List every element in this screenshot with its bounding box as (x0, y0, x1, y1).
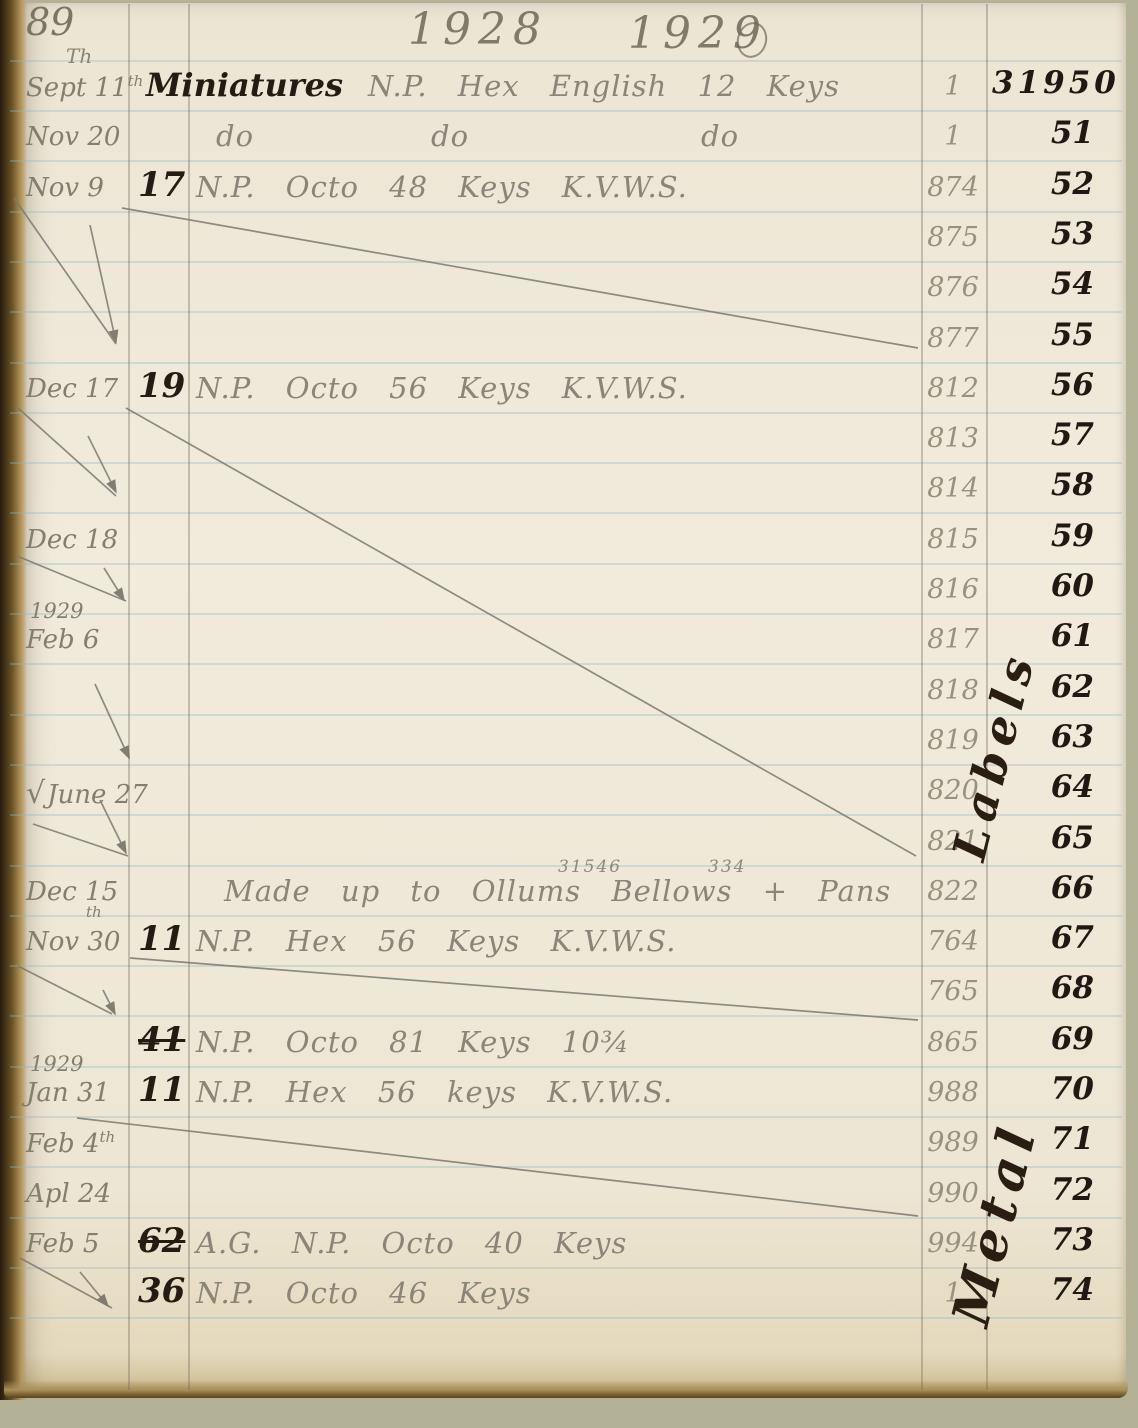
ledger-row: Nov 20dododo151 (0, 114, 1138, 165)
date-text: Jan 31 (26, 1078, 110, 1108)
serial-number-cell: 68 (992, 970, 1118, 1006)
description-text: N.P. Hex 56 Keys K.V.W.S. (196, 924, 676, 958)
date-cell: Dec 15th (26, 877, 136, 907)
ledger-row: 87755 (0, 316, 1138, 367)
batch-number-cell: 817 (924, 624, 982, 655)
batch-number-cell: 874 (924, 172, 982, 203)
serial-number-cell: 31950 (992, 65, 1118, 101)
description-text: N.P. Hex English 12 Keys (368, 69, 840, 103)
serial-number-cell: 55 (992, 317, 1118, 353)
description-word: do (701, 119, 739, 153)
serial-number-cell: 57 (992, 417, 1118, 453)
serial-number-cell: 67 (992, 920, 1118, 956)
ledger-row: Dec 1881559 (0, 517, 1138, 568)
ledger-row: Nov 3011N.P. Hex 56 Keys K.V.W.S.76467 (0, 919, 1138, 970)
date-ordinal: th (99, 1128, 115, 1146)
serial-number-cell: 66 (992, 870, 1118, 906)
serial-number-cell: 52 (992, 166, 1118, 202)
date-ordinal: th (128, 72, 144, 90)
annotation-number: 31546 (558, 857, 622, 877)
batch-number-cell: 988 (924, 1077, 982, 1108)
description-text: A.G. N.P. Octo 40 Keys (196, 1226, 627, 1260)
date-cell: Sept 11th (26, 72, 136, 103)
description-text: N.P. Octo 81 Keys 10¾ (196, 1025, 630, 1059)
date-text: Nov 20 (26, 122, 120, 152)
heading-year-1928: 1928 (408, 4, 548, 55)
batch-number-cell: 812 (924, 373, 982, 404)
quantity-cell: 62 (138, 1221, 194, 1261)
date-cell: Feb 5 (26, 1229, 136, 1259)
description-text: N.P. Hex 56 keys K.V.W.S. (196, 1075, 673, 1109)
ledger-row: Dec 15thMade up to Ollums Bellows + Pans… (0, 869, 1138, 920)
description-text: N.P. Octo 48 Keys K.V.W.S. (196, 170, 688, 204)
date-cell: √June 27 (26, 776, 136, 811)
description-text: N.P. Octo 56 Keys K.V.W.S. (196, 371, 688, 405)
ledger-row: 81458 (0, 466, 1138, 517)
ledger-row: Nov 917N.P. Octo 48 Keys K.V.W.S.87452 (0, 165, 1138, 216)
serial-number-cell: 51 (992, 115, 1118, 151)
date-text: Feb 4 (26, 1129, 99, 1159)
date-text: June 27 (47, 780, 148, 810)
serial-number-cell: 65 (992, 820, 1118, 856)
description-text: N.P. Octo 46 Keys (196, 1276, 532, 1310)
batch-number-cell: 814 (924, 473, 982, 504)
description-text: Made up to Ollums Bellows + Pans (224, 874, 891, 908)
ledger-row: 81660 (0, 567, 1138, 618)
date-cell: Dec 17 (26, 374, 136, 404)
ledger-row: 1929Feb 681761 (0, 617, 1138, 668)
description-cell: N.P. Hex 56 Keys K.V.W.S. (196, 924, 916, 958)
quantity-cell: 11 (138, 1070, 194, 1110)
year-note: 1929 (30, 1052, 83, 1076)
quantity-cell: 41 (138, 1020, 194, 1060)
ledger-row: 87553 (0, 215, 1138, 266)
batch-number-cell: 764 (924, 926, 982, 957)
date-text: Dec 15 (26, 877, 118, 907)
page-number: 89 (26, 0, 74, 44)
quantity-cell: 36 (138, 1271, 194, 1311)
date-cell: Nov 9 (26, 173, 136, 203)
batch-number-cell: 989 (924, 1127, 982, 1158)
batch-number-cell: 876 (924, 272, 982, 303)
date-cell: Feb 4th (26, 1128, 136, 1159)
description-cell: N.P. Octo 81 Keys 10¾ (196, 1025, 916, 1059)
date-cell: Nov 30 (26, 927, 136, 957)
batch-number-cell: 813 (924, 423, 982, 454)
date-text: Nov 9 (26, 173, 104, 203)
ledger-row: 1929Jan 3111N.P. Hex 56 keys K.V.W.S.988… (0, 1070, 1138, 1121)
ledger-row: Feb 4th98971 (0, 1120, 1138, 1171)
quantity-cell: 11 (138, 919, 194, 959)
date-text: Nov 30 (26, 927, 120, 957)
ledger-row: Dec 1719N.P. Octo 56 Keys K.V.W.S.81256 (0, 366, 1138, 417)
year-note: 1929 (30, 599, 83, 623)
ledger-row: 87654 (0, 265, 1138, 316)
batch-number-cell: 1 (924, 121, 982, 152)
batch-number-cell: 815 (924, 524, 982, 555)
date-text: Feb 5 (26, 1229, 99, 1259)
quantity-cell: 17 (138, 165, 194, 205)
check-mark: √ (26, 776, 45, 811)
date-text: Sept 11 (26, 73, 128, 103)
batch-number-cell: 1 (924, 71, 982, 102)
batch-number-cell: 877 (924, 323, 982, 354)
ledger-row: 81357 (0, 416, 1138, 467)
batch-number-cell: 822 (924, 876, 982, 907)
date-cell: Apl 24 (26, 1179, 136, 1209)
scanned-ledger-page: { "document": { "page_number": "89", "pa… (0, 0, 1138, 1428)
date-cell: Dec 18 (26, 525, 136, 555)
date-text: Apl 24 (26, 1179, 111, 1209)
serial-number-cell: 54 (992, 266, 1118, 302)
description-cell: N.P. Octo 46 Keys (196, 1276, 916, 1310)
serial-number-cell: 69 (992, 1021, 1118, 1057)
date-ordinal: th (86, 903, 102, 921)
description-word: do (431, 119, 469, 153)
serial-number-cell: 56 (992, 367, 1118, 403)
date-cell: 1929Jan 31 (26, 1078, 136, 1108)
serial-number-cell: 53 (992, 216, 1118, 252)
date-cell: 1929Feb 6 (26, 625, 136, 655)
batch-number-cell: 875 (924, 222, 982, 253)
batch-number-cell: 765 (924, 976, 982, 1007)
page-bottom-edge (4, 1380, 1128, 1398)
ruled-line (10, 60, 1122, 62)
description-cell: MiniaturesN.P. Hex English 12 Keys (196, 69, 916, 103)
batch-number-cell: 816 (924, 574, 982, 605)
description-word: do (216, 119, 254, 153)
batch-number-cell: 818 (924, 675, 982, 706)
description-cell: Made up to Ollums Bellows + Pans31546334 (196, 874, 944, 908)
annotation-number: 334 (708, 857, 746, 877)
description-cell: N.P. Octo 48 Keys K.V.W.S. (196, 170, 916, 204)
quantity-cell: 19 (138, 366, 194, 406)
description-cell: A.G. N.P. Octo 40 Keys (196, 1226, 916, 1260)
date-text: Feb 6 (26, 625, 99, 655)
date-cell: Nov 20 (26, 122, 136, 152)
ledger-row: 41N.P. Octo 81 Keys 10¾86569 (0, 1020, 1138, 1071)
description-cell: N.P. Hex 56 keys K.V.W.S. (196, 1075, 916, 1109)
ink-label: Miniatures (146, 66, 343, 104)
serial-number-cell: 58 (992, 467, 1118, 503)
ledger-row: 81862 (0, 668, 1138, 719)
ledger-row: 76568 (0, 969, 1138, 1020)
description-cell: N.P. Octo 56 Keys K.V.W.S. (196, 371, 916, 405)
serial-number-cell: 60 (992, 568, 1118, 604)
serial-number-cell: 70 (992, 1071, 1118, 1107)
batch-number-cell: 865 (924, 1027, 982, 1058)
ledger-row: Sept 11thMiniaturesN.P. Hex English 12 K… (0, 64, 1138, 115)
date-text: Dec 18 (26, 525, 118, 555)
date-text: Dec 17 (26, 374, 118, 404)
serial-number-cell: 59 (992, 518, 1118, 554)
